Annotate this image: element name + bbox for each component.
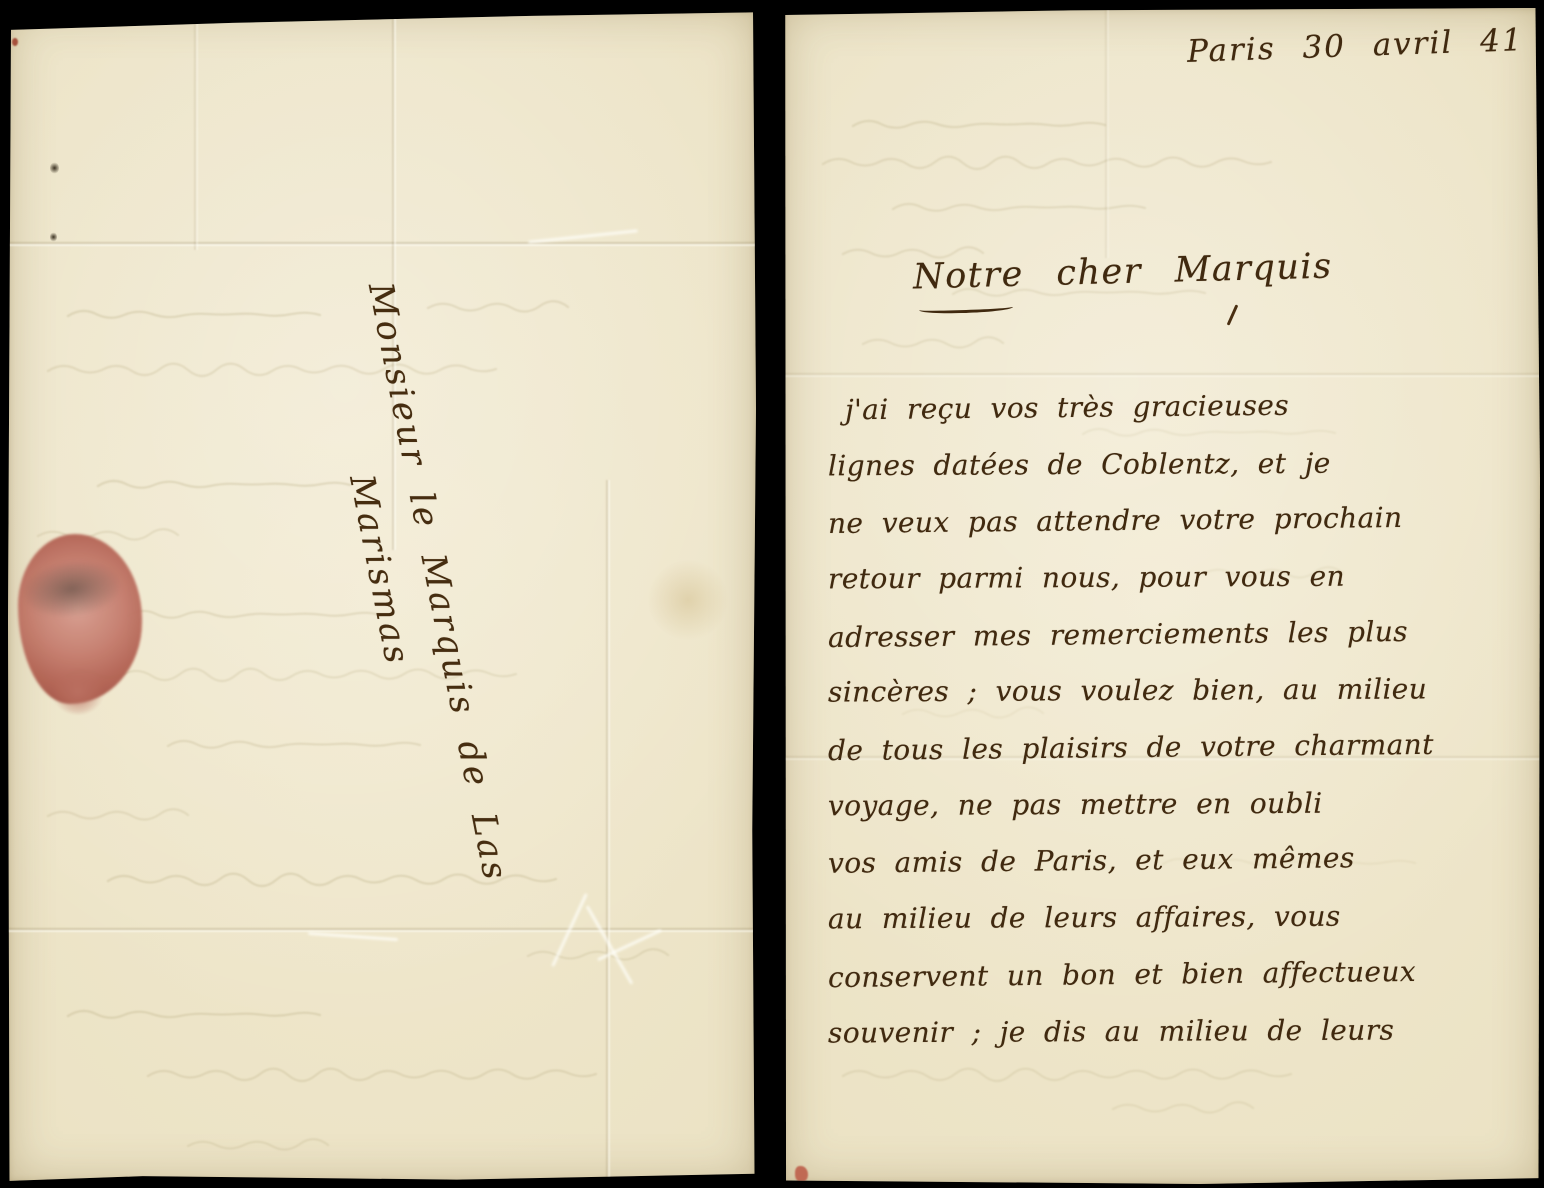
letter-verso-page: Monsieur le Marquis de Las Marismas [8, 10, 756, 1182]
fold-crease [194, 10, 198, 250]
body-line: vos amis de Paris, et eux mêmes [828, 841, 1355, 880]
red-speck [12, 38, 18, 46]
body-line: souvenir ; je dis au milieu de leurs [828, 1014, 1394, 1050]
ghost-writing [783, 8, 1540, 1184]
paper-stain [648, 560, 728, 640]
body-line: conservent un bon et bien affectueux [828, 955, 1416, 994]
body-line: au milieu de leurs affaires, vous [828, 900, 1341, 936]
fold-crease [8, 242, 756, 246]
fold-crease [1105, 8, 1109, 258]
fold-crease [606, 480, 610, 1180]
letter-recto-page: Paris 30 avril 41 Notre cher Marquis j'a… [783, 8, 1540, 1184]
salutation-underline [919, 302, 1013, 314]
body-line: j'ai reçu vos très gracieuses [845, 389, 1289, 427]
fold-crease [783, 373, 1540, 377]
photo-background: { "colors": { "background": "#000000", "… [0, 0, 1544, 1188]
dateline: Paris 30 avril 41 [1187, 22, 1525, 70]
body-line: sincères ; vous voulez bien, au milieu [828, 672, 1427, 708]
body-line: ne veux pas attendre votre prochain [828, 501, 1403, 540]
pinhole [50, 162, 59, 174]
salutation: Notre cher Marquis [913, 247, 1333, 298]
body-line: de tous les plaisirs de votre charmant [828, 728, 1434, 767]
address-block: Monsieur le Marquis de Las Marismas [298, 278, 524, 908]
fold-crease [8, 928, 756, 932]
pinhole [50, 232, 57, 242]
body-line: lignes datées de Coblentz, et je [828, 447, 1331, 483]
body-line: retour parmi nous, pour vous en [828, 560, 1345, 596]
paper-wrinkle [308, 932, 398, 941]
body-line: adresser mes remerciements les plus [828, 615, 1408, 654]
body-line: voyage, ne pas mettre en oubli [828, 787, 1323, 823]
red-speck [795, 1166, 808, 1182]
pen-tick-stroke [1227, 304, 1239, 325]
